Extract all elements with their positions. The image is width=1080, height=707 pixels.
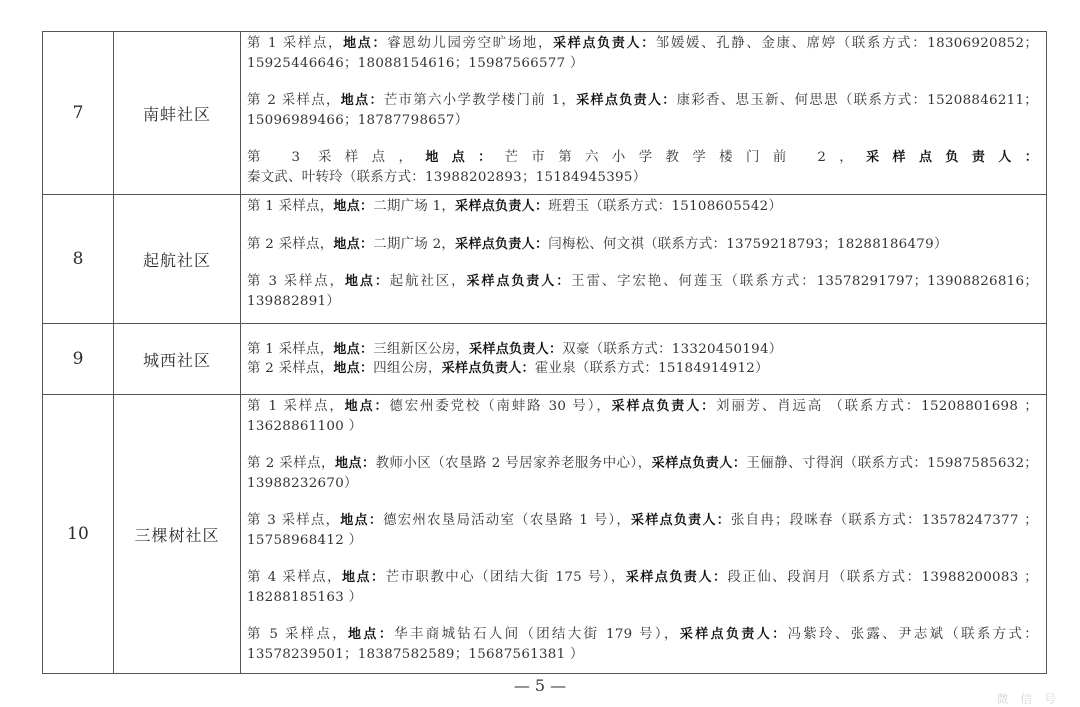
- location-label: 地点：: [345, 399, 390, 414]
- sites-cell: 第 1 采样点，地点：睿恩幼儿园旁空旷场地，采样点负责人：邹媛媛、孔静、金康、席…: [241, 32, 1047, 195]
- location-label: 地点：: [345, 274, 390, 289]
- site-location: 芒市第六小学教学楼门前 2，: [505, 150, 867, 165]
- sampling-sites-table: 7 南蚌社区 第 1 采样点，地点：睿恩幼儿园旁空旷场地，采样点负责人：邹媛媛、…: [42, 31, 1047, 674]
- watermark: 微 信 号: [996, 690, 1060, 707]
- site-prefix: 第 4 采样点，: [247, 570, 342, 585]
- site-prefix: 第 3 采样点，: [247, 150, 425, 165]
- site-location: 教师小区（农垦路 2 号居家养老服务中心），: [376, 456, 652, 471]
- location-label: 地点：: [343, 36, 387, 51]
- person-label: 采样点负责人：: [612, 399, 716, 414]
- site-prefix: 第 2 采样点，: [247, 93, 341, 108]
- person-label: 采样点负责人：: [455, 199, 548, 214]
- row-number: 9: [43, 324, 114, 395]
- location-label: 地点：: [348, 627, 394, 642]
- sites-cell: 第 1 采样点，地点：三组新区公房，采样点负责人：双豪（联系方式：1332045…: [241, 324, 1047, 395]
- site-persons: 班碧玉（联系方式：15108605542）: [548, 199, 782, 214]
- site-location: 芒市第六小学教学楼门前 1，: [384, 93, 576, 108]
- site-entry: 第 3 采样点，地点：芒市第六小学教学楼门前 2，采样点负责人：秦文武、叶转玲（…: [247, 148, 1038, 187]
- site-entry: 第 1 采样点，地点：睿恩幼儿园旁空旷场地，采样点负责人：邹媛媛、孔静、金康、席…: [247, 34, 1038, 73]
- site-entry: 第 5 采样点，地点：华丰商城钻石人间（团结大街 179 号），采样点负责人：冯…: [247, 625, 1038, 664]
- site-entry: 第 1 采样点，地点：三组新区公房，采样点负责人：双豪（联系方式：1332045…: [247, 340, 1038, 360]
- community-name: 起航社区: [114, 195, 241, 324]
- site-prefix: 第 2 采样点，: [247, 361, 333, 376]
- person-label: 采样点负责人：: [866, 150, 1038, 165]
- row-number: 10: [43, 395, 114, 674]
- site-persons: 秦文武、叶转玲（联系方式：13988202893；15184945395）: [247, 170, 646, 185]
- person-label: 采样点负责人：: [455, 237, 548, 252]
- site-prefix: 第 3 采样点，: [247, 513, 340, 528]
- community-name: 三棵树社区: [114, 395, 241, 674]
- site-location: 睿恩幼儿园旁空旷场地，: [387, 36, 553, 51]
- location-label: 地点：: [342, 570, 386, 585]
- site-location: 德宏州委党校（南蚌路 30 号），: [389, 399, 611, 414]
- community-name: 城西社区: [114, 324, 241, 395]
- site-entry: 第 2 采样点，地点：芒市第六小学教学楼门前 1，采样点负责人：康彩香、思玉新、…: [247, 91, 1038, 130]
- person-label: 采样点负责人：: [626, 570, 728, 585]
- person-label: 采样点负责人：: [467, 274, 572, 289]
- row-number: 7: [43, 32, 114, 195]
- location-label: 地点：: [333, 361, 373, 376]
- table-row: 7 南蚌社区 第 1 采样点，地点：睿恩幼儿园旁空旷场地，采样点负责人：邹媛媛、…: [43, 32, 1047, 195]
- site-persons: 闫梅松、何文祺（联系方式：13759218793；18288186479）: [548, 237, 947, 252]
- person-label: 采样点负责人：: [680, 627, 788, 642]
- site-location: 三组新区公房，: [373, 342, 469, 357]
- site-prefix: 第 5 采样点，: [247, 627, 348, 642]
- location-label: 地点：: [333, 342, 373, 357]
- location-label: 地点：: [333, 237, 373, 252]
- site-entry: 第 4 采样点，地点：芒市职教中心（团结大街 175 号），采样点负责人：段正仙…: [247, 568, 1038, 607]
- site-entry: 第 3 采样点，地点：德宏州农垦局活动室（农垦路 1 号），采样点负责人：张自冉…: [247, 511, 1038, 550]
- table-row: 9 城西社区 第 1 采样点，地点：三组新区公房，采样点负责人：双豪（联系方式：…: [43, 324, 1047, 395]
- site-location: 起航社区，: [390, 274, 467, 289]
- site-entry: 第 2 采样点，地点：教师小区（农垦路 2 号居家养老服务中心），采样点负责人：…: [247, 454, 1038, 493]
- site-location: 二期广场 2，: [373, 237, 455, 252]
- site-prefix: 第 3 采样点，: [247, 274, 345, 289]
- site-prefix: 第 1 采样点，: [247, 199, 333, 214]
- site-entry: 第 1 采样点，地点：二期广场 1，采样点负责人：班碧玉（联系方式：151086…: [247, 197, 1038, 217]
- table-row: 8 起航社区 第 1 采样点，地点：二期广场 1，采样点负责人：班碧玉（联系方式…: [43, 195, 1047, 324]
- location-label: 地点：: [335, 456, 376, 471]
- person-label: 采样点负责人：: [469, 342, 562, 357]
- table-row: 10 三棵树社区 第 1 采样点，地点：德宏州委党校（南蚌路 30 号），采样点…: [43, 395, 1047, 674]
- sites-cell: 第 1 采样点，地点：德宏州委党校（南蚌路 30 号），采样点负责人：刘丽芳、肖…: [241, 395, 1047, 674]
- site-prefix: 第 1 采样点，: [247, 36, 343, 51]
- site-prefix: 第 2 采样点，: [247, 237, 333, 252]
- person-label: 采样点负责人：: [631, 513, 731, 528]
- site-prefix: 第 2 采样点，: [247, 456, 335, 471]
- page-number: — 5 —: [0, 676, 1080, 695]
- site-entry: 第 2 采样点，地点：二期广场 2，采样点负责人：闫梅松、何文祺（联系方式：13…: [247, 235, 1038, 255]
- site-location: 华丰商城钻石人间（团结大街 179 号），: [394, 627, 680, 642]
- sites-cell: 第 1 采样点，地点：二期广场 1，采样点负责人：班碧玉（联系方式：151086…: [241, 195, 1047, 324]
- person-label: 采样点负责人：: [442, 361, 535, 376]
- site-prefix: 第 1 采样点，: [247, 399, 345, 414]
- site-location: 德宏州农垦局活动室（农垦路 1 号），: [383, 513, 631, 528]
- location-label: 地点：: [341, 93, 384, 108]
- person-label: 采样点负责人：: [553, 36, 656, 51]
- site-persons: 霍业泉（联系方式：15184914912）: [535, 361, 769, 376]
- site-entry: 第 3 采样点，地点：起航社区，采样点负责人：王雷、字宏艳、何莲玉（联系方式：1…: [247, 272, 1038, 311]
- location-label: 地点：: [425, 150, 504, 165]
- location-label: 地点：: [333, 199, 373, 214]
- site-persons: 双豪（联系方式：13320450194）: [562, 342, 782, 357]
- community-name: 南蚌社区: [114, 32, 241, 195]
- person-label: 采样点负责人：: [576, 93, 676, 108]
- site-location: 二期广场 1，: [373, 199, 455, 214]
- site-entry: 第 1 采样点，地点：德宏州委党校（南蚌路 30 号），采样点负责人：刘丽芳、肖…: [247, 397, 1038, 436]
- site-location: 四组公房，: [373, 361, 441, 376]
- location-label: 地点：: [340, 513, 383, 528]
- row-number: 8: [43, 195, 114, 324]
- site-location: 芒市职教中心（团结大街 175 号），: [386, 570, 626, 585]
- site-prefix: 第 1 采样点，: [247, 342, 333, 357]
- person-label: 采样点负责人：: [652, 456, 747, 471]
- site-entry: 第 2 采样点，地点：四组公房，采样点负责人：霍业泉（联系方式：15184914…: [247, 359, 1038, 379]
